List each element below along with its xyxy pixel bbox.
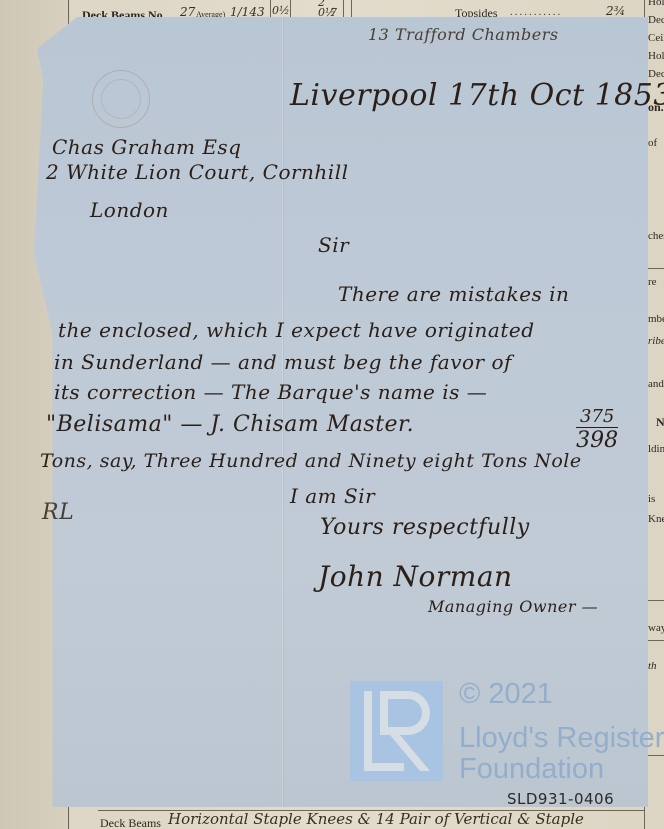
recipient-city: London bbox=[90, 198, 169, 222]
archive-reference-code: SLD931-0406 bbox=[507, 790, 614, 808]
watermark-copyright: © 2021 bbox=[459, 678, 553, 711]
signature-title: Managing Owner — bbox=[428, 597, 598, 616]
form-rule bbox=[648, 600, 664, 601]
form-label-fragment: ldin bbox=[648, 443, 664, 455]
form-label-deck-beams-bottom: Deck Beams bbox=[100, 816, 161, 829]
letter-body-line: the enclosed, which I expect have origin… bbox=[58, 318, 535, 342]
form-cell: 0½ bbox=[272, 4, 290, 17]
tonnage-new: 398 bbox=[576, 428, 618, 453]
form-rule bbox=[648, 268, 664, 269]
lr-logo-icon bbox=[350, 681, 443, 781]
watermark-org-line2: Foundation bbox=[459, 754, 664, 785]
watermark-org: Lloyd's Register Foundation bbox=[459, 723, 664, 785]
margin-initials: RL bbox=[42, 500, 74, 525]
tonnage-old: 375 bbox=[576, 406, 618, 428]
letter-address-line: 13 Trafford Chambers bbox=[368, 25, 559, 44]
form-label-fragment: Kne bbox=[648, 513, 664, 525]
letter-body-line: "Belisama" — J. Chisam Master. bbox=[46, 412, 414, 437]
recipient-street: 2 White Lion Court, Cornhill bbox=[46, 160, 349, 184]
form-label-fragment: Hold bbox=[648, 0, 664, 8]
letter-place-date: Liverpool 17th Oct 1853 bbox=[290, 78, 664, 113]
letter-closing: I am Sir bbox=[290, 484, 375, 508]
postmark-stamp bbox=[92, 70, 150, 128]
watermark-org-line1: Lloyd's Register bbox=[459, 723, 664, 754]
letter-body-line: its correction — The Barque's name is — bbox=[54, 380, 487, 404]
form-label-fragment: ches bbox=[648, 230, 664, 242]
form-label-fragment: mber bbox=[648, 313, 664, 325]
letter-closing: Yours respectfully bbox=[320, 515, 530, 540]
letter-signature: John Norman bbox=[318, 560, 513, 593]
form-value-topsides: 2¾ bbox=[606, 4, 625, 18]
form-label-fragment: of bbox=[648, 137, 657, 149]
form-rule bbox=[648, 640, 664, 641]
letter-body-line: There are mistakes in bbox=[338, 282, 569, 306]
form-label-fragment: is bbox=[648, 493, 655, 505]
form-label-fragment: Deck bbox=[648, 14, 664, 26]
form-label-fragment: N bbox=[656, 415, 664, 430]
lr-logo-mark-icon bbox=[350, 681, 443, 781]
letter-salutation: Sir bbox=[318, 233, 349, 257]
form-label-fragment: ways bbox=[648, 622, 664, 634]
letter-body-line: in Sunderland — and must beg the favor o… bbox=[54, 350, 512, 374]
tonnage-fraction: 375 398 bbox=[576, 406, 618, 453]
form-value-deck-beams-bottom: Horizontal Staple Knees & 14 Pair of Ver… bbox=[168, 810, 584, 828]
form-value-deck-beams-no: 27 bbox=[180, 5, 195, 19]
form-label-fragment: Ceili bbox=[648, 32, 664, 44]
form-label-fragment: and bbox=[648, 378, 664, 390]
form-label-fragment: re bbox=[648, 276, 657, 288]
form-value-deck-beams: 1/143 bbox=[230, 5, 265, 19]
form-label-fragment: th bbox=[648, 660, 657, 672]
form-leader-dots: ........... bbox=[510, 6, 562, 18]
form-label-fragment: Hold bbox=[648, 50, 664, 62]
letter-body-line: Tons, say, Three Hundred and Ninety eigh… bbox=[40, 450, 582, 472]
form-label-fragment: ribe bbox=[648, 335, 664, 347]
recipient-name: Chas Graham Esq bbox=[52, 135, 241, 159]
